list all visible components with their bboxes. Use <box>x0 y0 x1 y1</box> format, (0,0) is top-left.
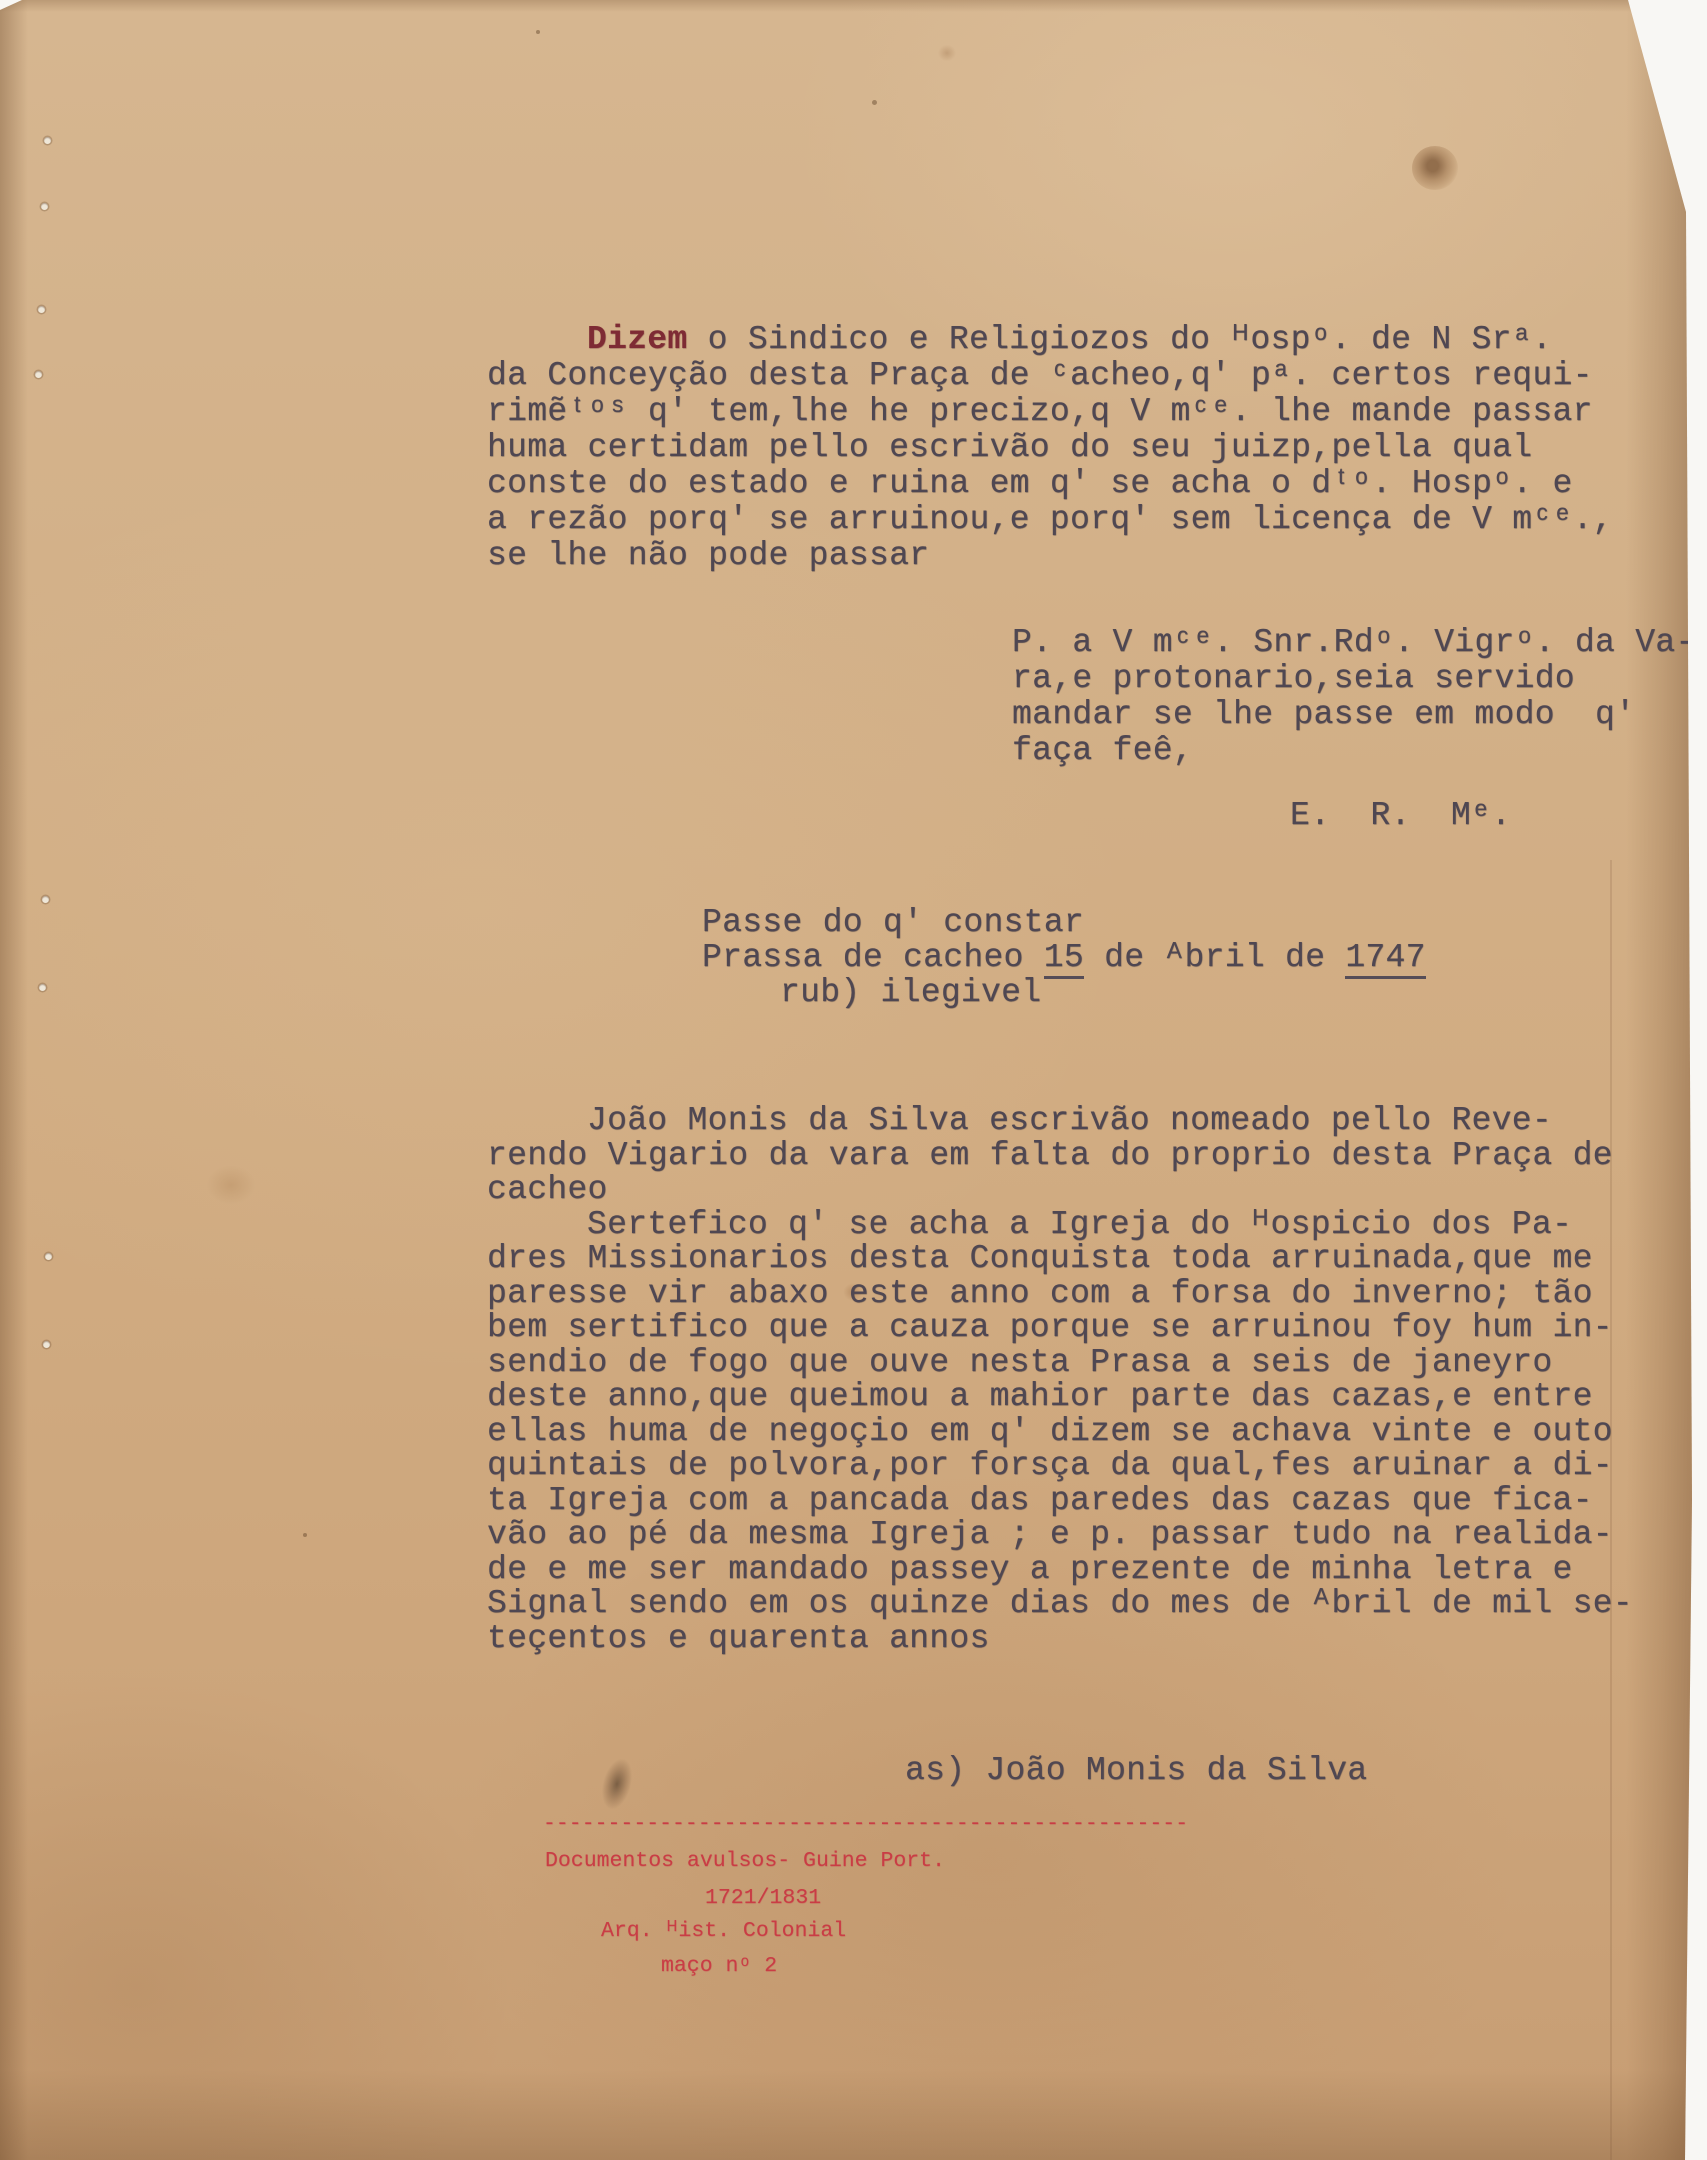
paper-bottom-edge-shadow <box>0 2070 1707 2160</box>
petition-line: conste do estado e ruina em q' se acha o… <box>487 466 1613 502</box>
certificate-line: ta Igreja com a pancada das paredes das … <box>487 1484 1633 1519</box>
petition-line: a rezão porq' se arruinou,e porq' sem li… <box>487 502 1613 538</box>
certificate-line: cacheo <box>487 1173 1633 1208</box>
certificate-line: paresse vir abaxo este anno com a forsa … <box>487 1277 1633 1312</box>
certificate-line: vão ao pé da mesma Igreja ; e p. passar … <box>487 1518 1633 1553</box>
dispatch-place: Prassa de cacheo <box>702 939 1044 976</box>
stamp-bundle: maço nᵒ 2 <box>661 1954 777 1978</box>
certificate-line: sendio de fogo que ouve nesta Prasa a se… <box>487 1346 1633 1381</box>
certificate-line: deste anno,que queimou a mahior parte da… <box>487 1380 1633 1415</box>
pin-hole <box>42 896 49 903</box>
request-line: ra,e protonario,seia servido <box>1012 661 1696 697</box>
certificate-line: Sertefico q' se acha a Igreja do ᴴospici… <box>487 1208 1633 1243</box>
signature-line: as) João Monis da Silva <box>905 1752 1367 1789</box>
stamp-date-range: 1721/1831 <box>705 1886 821 1910</box>
paper-speck <box>303 1533 307 1537</box>
dispatch-day: 15 <box>1044 939 1084 979</box>
rubric-note: rub) ilegivel <box>702 975 1426 1010</box>
scanned-document-page: Dizem o Sindico e Religiozos do ᴴospᵒ. d… <box>0 0 1707 2160</box>
certificate-line: dres Missionarios desta Conquista toda a… <box>487 1242 1633 1277</box>
paper-speck <box>872 100 877 105</box>
dispatch-block: Passe do q' constar Prassa de cacheo 15 … <box>702 905 1426 1010</box>
certificate-line: bem sertifico que a cauza porque se arru… <box>487 1311 1633 1346</box>
paper-left-edge-shadow <box>0 0 28 2160</box>
dispatch-year: 1747 <box>1345 939 1425 979</box>
paper-speck <box>536 30 540 34</box>
dispatch-date-line: Prassa de cacheo 15 de ᴬbril de 1747 <box>702 940 1426 975</box>
petition-line: se lhe não pode passar <box>487 538 1613 574</box>
petition-line-text: o Sindico e Religiozos do ᴴospᵒ. de N Sr… <box>688 321 1552 358</box>
stamp-archive: Arq. ᴴist. Colonial <box>601 1919 846 1943</box>
ink-stain <box>1412 146 1458 190</box>
certificate-line: João Monis da Silva escrivão nomeado pel… <box>487 1104 1633 1139</box>
closing-formula: E. R. Mᵉ. <box>1290 798 1511 834</box>
paper-right-edge-shadow <box>1626 0 1692 2160</box>
stamp-separator: ----------------------------------------… <box>543 1812 1188 1836</box>
petition-line: da Conceyção desta Praça de ᶜacheo,q' pᵃ… <box>487 358 1613 394</box>
dispatch-month: de ᴬbril de <box>1084 939 1345 976</box>
stamp-collection: Documentos avulsos- Guine Port. <box>545 1849 945 1873</box>
petition-lead-word: Dizem <box>587 321 688 358</box>
pin-hole <box>43 1341 50 1348</box>
certificate-line: ellas huma de negoçio em q' dizem se ach… <box>487 1415 1633 1450</box>
petition-paragraph: Dizem o Sindico e Religiozos do ᴴospᵒ. d… <box>487 322 1613 574</box>
certificate-line: teçentos e quarenta annos <box>487 1622 1633 1657</box>
pin-hole <box>39 984 46 991</box>
request-line: mandar se lhe passe em modo q' <box>1012 697 1696 733</box>
certificate-line: Signal sendo em os quinze dias do mes de… <box>487 1587 1633 1622</box>
petition-line: huma certidam pello escrivão do seu juiz… <box>487 430 1613 466</box>
request-line: faça feê, <box>1012 733 1696 769</box>
paper-sheet: Dizem o Sindico e Religiozos do ᴴospᵒ. d… <box>0 0 1707 2160</box>
request-line: P. a V mᶜᵉ. Snr.Rdᵒ. Vigrᵒ. da Va- <box>1012 625 1696 661</box>
certificate-line: de e me ser mandado passey a prezente de… <box>487 1553 1633 1588</box>
request-paragraph: P. a V mᶜᵉ. Snr.Rdᵒ. Vigrᵒ. da Va- ra,e … <box>1012 625 1696 769</box>
certificate-paragraph: João Monis da Silva escrivão nomeado pel… <box>487 1104 1633 1656</box>
pin-hole <box>41 203 48 210</box>
paper-top-edge-shadow <box>0 0 1707 12</box>
petition-line: rimẽᵗᵒˢ q' tem,lhe he precizo,q V mᶜᵉ. l… <box>487 394 1613 430</box>
dispatch-line: Passe do q' constar <box>702 905 1426 940</box>
petition-line: Dizem o Sindico e Religiozos do ᴴospᵒ. d… <box>487 322 1613 358</box>
faint-stain <box>935 42 959 64</box>
certificate-line: rendo Vigario da vara em falta do propri… <box>487 1139 1633 1174</box>
smudge-stain <box>597 1755 638 1812</box>
faint-stain <box>200 1160 262 1210</box>
pin-hole <box>45 1253 52 1260</box>
pin-hole <box>35 371 42 378</box>
pin-hole <box>38 306 45 313</box>
pin-hole <box>44 137 51 144</box>
certificate-line: quintais de polvora,por forsça da qual,f… <box>487 1449 1633 1484</box>
